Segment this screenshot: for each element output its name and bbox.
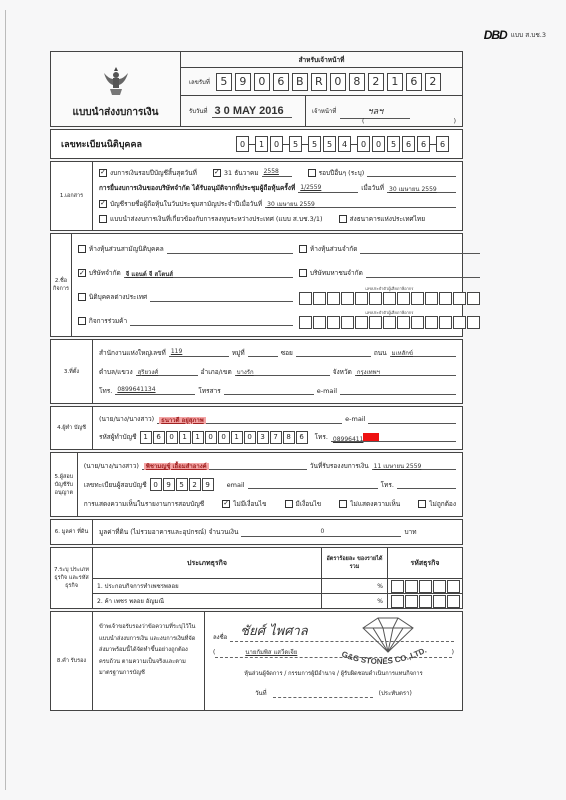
tax-id-digit-box[interactable] (467, 316, 480, 329)
business-code-box[interactable] (447, 580, 460, 593)
bot-label: ส่งธนาคารแห่งประเทศไทย (350, 214, 425, 224)
auditor-email-label: email (227, 481, 245, 489)
district[interactable]: บางรัก (235, 367, 330, 376)
other-period-checkbox[interactable] (308, 169, 316, 177)
registration-digit-box: 6 (402, 136, 415, 152)
tax-id-boxes-2[interactable] (299, 316, 480, 329)
tax-id-digit-box[interactable] (299, 292, 312, 305)
tax-id-digit-box[interactable] (453, 316, 466, 329)
business-type-table: ประเภทธุรกิจ อัตราร้อยละ ของรายได้รวม รห… (93, 548, 462, 608)
fs-period-checkbox[interactable]: ✓ (99, 169, 107, 177)
subdistrict[interactable]: สุริยวงศ์ (136, 367, 198, 376)
section-1-label: 1.เอกสาร (51, 162, 93, 230)
opinion-line: การแสดงความเห็นในรายงานการสอบบัญชี ✓ไม่ม… (84, 494, 456, 513)
shareholders-label: บัญชีรายชื่อผู้ถือหุ้นในวันประชุมสามัญปร… (110, 199, 262, 209)
tax-id-digit-box[interactable] (467, 292, 480, 305)
moo-label: หมู่ที่ (232, 348, 245, 358)
tax-id-digit-box[interactable] (355, 292, 368, 305)
redaction-block (363, 433, 379, 441)
tax-id-digit-box[interactable] (397, 316, 410, 329)
fs-period-line: ✓ งบการเงินรอบปีบัญชีสิ้นสุดวันที่ ✓ 31 … (99, 165, 456, 181)
province-label: จังหวัด (333, 367, 352, 377)
company-name[interactable]: จี แอนด์ จี สโตนส์ (124, 269, 293, 278)
opinion-checkbox[interactable] (418, 500, 426, 508)
shareholders-date[interactable]: 30 เมษายน 2559 (265, 199, 456, 208)
section-3-label: 3.ที่ตั้ง (51, 340, 93, 403)
tax-id-boxes-1[interactable] (299, 292, 480, 305)
tax-id-digit-box[interactable] (327, 292, 340, 305)
bookkeeper-title-label: (นาย/นาง/นางสาว) (99, 414, 154, 424)
form-title-block: แบบนำส่งงบการเงิน (51, 52, 181, 126)
registration-label: เลขทะเบียนนิติบุคคล (61, 137, 236, 151)
tax-id-caption-1: เลขประจำตัวผู้เสียภาษีอากร (299, 285, 480, 292)
bookkeeper-id-digit: 0 (218, 431, 230, 444)
form-header: แบบนำส่งงบการเงิน สำหรับเจ้าหน้าที่ เลขร… (50, 51, 463, 127)
registration-digit-box: 5 (289, 136, 302, 152)
receipt-digit-box: 0 (254, 73, 270, 91)
land-value-line: มูลค่าที่ดิน (ไม่รวมอาคารและอุปกรณ์) จำน… (99, 523, 456, 541)
email[interactable] (340, 386, 456, 395)
tax-id-digit-box[interactable] (299, 316, 312, 329)
section-7-label: 7.ระบุ ประเภท ธุรกิจ และรหัส ธุรกิจ (51, 548, 93, 608)
road[interactable]: มเหสักข์ (390, 348, 456, 357)
tax-id-caption-2: เลขประจำตัวผู้เสียภาษีอากร (299, 309, 480, 316)
bookkeeper-id-digit: 6 (296, 431, 308, 444)
registration-digit-box: 0 (372, 136, 385, 152)
receipt-digit-box: 1 (387, 73, 403, 91)
registration-digit-box: 0 (357, 136, 370, 152)
receipt-digit-box: 2 (425, 73, 441, 91)
officer-label: เจ้าหน้าที่ (312, 106, 336, 116)
public-company-checkbox[interactable] (299, 269, 307, 277)
address-line-3: โทร. 0899641134 โทรสาร e-mail (99, 381, 456, 400)
soi-label: ซอย (281, 348, 293, 358)
intl-checkbox[interactable] (99, 215, 107, 223)
approval-date[interactable]: 30 เมษายน 2559 (387, 184, 456, 193)
tax-id-digit-box[interactable] (439, 292, 452, 305)
signature: ชัยศ์ ไพศาล (240, 620, 307, 641)
auditor-name-field[interactable]: พิชามญชุ์ เอื้อมสำอางค์ (142, 461, 307, 470)
received-date-field: รับวันที่ 3 0 MAY 2016 (181, 96, 306, 126)
foreign-entity-checkbox[interactable] (78, 293, 86, 301)
receipt-no-row: เลขรับที่ 5906BR082162 (181, 68, 462, 96)
seal-label: (ประทับตรา) (379, 688, 412, 698)
auditor-name: พิชามญชุ์ เอื้อมสำอางค์ (144, 463, 209, 470)
receipt-no-boxes: 5906BR082162 (216, 73, 441, 91)
section-6-label: 6. มูลค่า ที่ดิน (51, 520, 93, 544)
bookkeeper-id-label: รหัสผู้ทำบัญชี (99, 432, 137, 442)
business-code-box[interactable] (405, 580, 418, 593)
hq-no-label: สำนักงานแห่งใหญ่เลขที่ (99, 348, 166, 358)
moo[interactable] (248, 348, 278, 357)
receipt-digit-box: 8 (349, 73, 365, 91)
received-date-label: รับวันที่ (189, 106, 207, 116)
shareholders-checkbox[interactable]: ✓ (99, 200, 107, 208)
joint-venture-line: กิจการร่วมค้า (78, 309, 293, 333)
auditor-title-label: (นาย/นาง/นางสาว) (84, 461, 139, 471)
bookkeeper-id-digit: 1 (140, 431, 152, 444)
section-address: 3.ที่ตั้ง สำนักงานแห่งใหญ่เลขที่ 119 หมู… (50, 339, 463, 404)
officer-field: เจ้าหน้าที่ ฯลฯ () (306, 96, 462, 126)
auditor-email[interactable] (248, 480, 378, 489)
business-type: 1. ประกอบกิจการทำเพชรพลอย (93, 579, 322, 593)
reg-partnership-field[interactable] (167, 245, 293, 254)
col-business-type: ประเภทธุรกิจ (93, 548, 322, 578)
business-table-header: ประเภทธุรกิจ อัตราร้อยละ ของรายได้รวม รห… (93, 548, 462, 579)
certification-statement: ข้าพเจ้าขอรับรองว่าข้อความที่ระบุไว้ในแบ… (93, 612, 205, 710)
bookkeeper-id-digit: 0 (166, 431, 178, 444)
col-business-code: รหัสธุรกิจ (388, 548, 462, 578)
registration-number-boxes: 0105554005666 (236, 136, 449, 152)
land-value-amount[interactable]: 0 (241, 528, 401, 537)
officer-section-title: สำหรับเจ้าหน้าที่ (181, 52, 462, 68)
email-label: e-mail (317, 387, 337, 395)
auditor-reg-digit: 0 (150, 478, 162, 491)
section-5-label: 5.ผู้สอบ บัญชีรับ อนุญาต (51, 453, 78, 516)
ltd-partnership-line: ห้างหุ้นส่วนจำกัด (299, 237, 480, 261)
approval-text: การยื่นงบการเงินของบริษัทจำกัด ได้รับอนุ… (99, 183, 295, 193)
bookkeeper-phone-field[interactable]: 08996411 (331, 433, 456, 442)
officer-block: สำหรับเจ้าหน้าที่ เลขรับที่ 5906BR082162… (181, 52, 462, 126)
reg-partnership-checkbox[interactable] (78, 245, 86, 253)
received-date-stamp: 3 0 MAY 2016 (212, 105, 292, 118)
dbd-logo: DBD (484, 28, 507, 42)
foreign-entity-field[interactable] (150, 293, 293, 302)
road-label: ถนน (374, 348, 387, 358)
auditor-phone-label: โทร. (381, 480, 394, 490)
reg-partnership-label: ห้างหุ้นส่วนสามัญนิติบุคคล (89, 244, 164, 254)
tax-id-digit-box[interactable] (453, 292, 466, 305)
bookkeeper-id-digit: 0 (244, 431, 256, 444)
opinion-label: มีเงื่อนไข (296, 499, 322, 509)
joint-venture-checkbox[interactable] (78, 317, 86, 325)
receipt-digit-box: 2 (368, 73, 384, 91)
section-8-label: 8.คำ รับรอง (51, 612, 93, 710)
receipt-digit-box: 6 (273, 73, 289, 91)
opinion-checkbox[interactable] (339, 500, 347, 508)
tax-id-1: เลขประจำตัวผู้เสียภาษีอากร (299, 285, 480, 309)
shareholders-line: ✓ บัญชีรายชื่อผู้ถือหุ้นในวันประชุมสามัญ… (99, 196, 456, 212)
business-code-box[interactable] (405, 595, 418, 608)
address-line-1: สำนักงานแห่งใหญ่เลขที่ 119 หมู่ที่ ซอย ถ… (99, 343, 456, 362)
business-code-box[interactable] (419, 580, 432, 593)
tax-id-digit-box[interactable] (341, 316, 354, 329)
business-code-boxes (388, 594, 462, 608)
bookkeeper-email[interactable] (368, 415, 456, 424)
public-company-line: บริษัทมหาชนจำกัด (299, 261, 480, 285)
reg-partnership-line: ห้างหุ้นส่วนสามัญนิติบุคคล (78, 237, 293, 261)
opinion-checkbox[interactable] (285, 500, 293, 508)
auditor-reg-label: เลขทะเบียนผู้สอบบัญชี (84, 480, 147, 490)
business-row: 2. ค้า เพชร พลอย อัญมณี% (93, 594, 462, 608)
registration-digit-box: 6 (436, 136, 449, 152)
tax-id-digit-box[interactable] (383, 292, 396, 305)
fax-label: โทรสาร (198, 386, 220, 396)
ltd-partnership-label: ห้างหุ้นส่วนจำกัด (310, 244, 358, 254)
tax-id-digit-box[interactable] (327, 316, 340, 329)
business-code-box[interactable] (433, 595, 446, 608)
bookkeeper-id-line: รหัสผู้ทำบัญชี 1601100103786 โทร. 089964… (99, 428, 456, 446)
bookkeeper-name-line: (นาย/นาง/นางสาว) ธนาวดี อยู่สุภาพ e-mail (99, 410, 456, 428)
section-bookkeeper: 4.ผู้ทำ บัญชี (นาย/นาง/นางสาว) ธนาวดี อย… (50, 406, 463, 450)
meeting-no[interactable]: 1/2559 (298, 184, 358, 193)
receipt-digit-box: 5 (216, 73, 232, 91)
soi[interactable] (296, 348, 371, 357)
receipt-no-label: เลขรับที่ (189, 77, 210, 87)
receipt-digit-box: 9 (235, 73, 251, 91)
registration-digit-box: 0 (236, 136, 249, 152)
bookkeeper-email-label: e-mail (345, 415, 365, 423)
hq-no[interactable]: 119 (169, 348, 229, 357)
tax-id-digit-box[interactable] (425, 292, 438, 305)
tax-id-digit-box[interactable] (411, 316, 424, 329)
section-land-value: 6. มูลค่า ที่ดิน มูลค่าที่ดิน (ไม่รวมอาค… (50, 519, 463, 545)
tax-id-digit-box[interactable] (341, 292, 354, 305)
business-code-boxes (388, 579, 462, 593)
financial-statement-form: แบบนำส่งงบการเงิน สำหรับเจ้าหน้าที่ เลขร… (50, 51, 463, 711)
tax-id-digit-box[interactable] (383, 316, 396, 329)
section-4-label: 4.ผู้ทำ บัญชี (51, 407, 93, 449)
form-code: แบบ ส.บช.3 (511, 30, 546, 40)
business-code-box[interactable] (391, 595, 404, 608)
receipt-digit-box: 0 (330, 73, 346, 91)
company-stamp-icon: G&G STONES CO.,LTD. (333, 616, 443, 672)
registration-digit-box: 5 (387, 136, 400, 152)
other-period-label: รอบปีอื่นๆ (ระบุ) (319, 168, 365, 178)
land-value-text: มูลค่าที่ดิน (ไม่รวมอาคารและอุปกรณ์) จำน… (99, 527, 238, 537)
intl-label: แบบนำส่งงบการเงินที่เกี่ยวข้องกับการลงทุ… (110, 214, 323, 224)
province[interactable]: กรุงเทพฯ (355, 367, 456, 376)
auditor-name-line: (นาย/นาง/นางสาว) พิชามญชุ์ เอื้อมสำอางค์… (84, 456, 456, 475)
opinion-label: ไม่มีเงื่อนไข (233, 499, 266, 509)
section-business-type: 7.ระบุ ประเภท ธุรกิจ และรหัส ธุรกิจ ประเ… (50, 547, 463, 609)
fs-period-label: งบการเงินรอบปีบัญชีสิ้นสุดวันที่ (110, 168, 197, 178)
district-label: อำเภอ/เขต (201, 367, 232, 377)
garuda-emblem-icon (101, 65, 131, 97)
revenue-pct[interactable]: % (322, 594, 388, 608)
officer-name-parens: () (362, 118, 456, 125)
business-row: 1. ประกอบกิจการทำเพชรพลอย% (93, 579, 462, 594)
bookkeeper-id-digit: 1 (192, 431, 204, 444)
registration-digit-box: 4 (338, 136, 351, 152)
ltd-partnership-field[interactable] (360, 245, 479, 254)
tax-id-digit-box[interactable] (439, 316, 452, 329)
opinion-label: ไม่ถูกต้อง (429, 499, 456, 509)
joint-venture-label: กิจการร่วมค้า (89, 316, 127, 326)
tax-id-digit-box[interactable] (313, 316, 326, 329)
section-business-name: 2.ชื่อ กิจการ ห้างหุ้นส่วนสามัญนิติบุคคล… (50, 233, 463, 337)
auditor-reg-line: เลขทะเบียนผู้สอบบัญชี 09529 email โทร. (84, 475, 456, 494)
date-field[interactable] (273, 688, 373, 698)
date-line: วันที่ (ประทับตรา) (213, 688, 454, 698)
public-company-label: บริษัทมหาชนจำกัด (310, 268, 363, 278)
registration-digit-box: 5 (323, 136, 336, 152)
section-certification: 8.คำ รับรอง ข้าพเจ้าขอรับรองว่าข้อความที… (50, 611, 463, 711)
fs-date-checkbox[interactable]: ✓ (213, 169, 221, 177)
fs-date: 31 ธันวาคม (224, 168, 259, 178)
signature-block: ลงชื่อ ชัยศ์ ไพศาล ( นายกัมพิส แสวีดเจีย… (205, 612, 462, 710)
phone[interactable]: 0899641134 (115, 386, 195, 395)
revenue-pct[interactable]: % (322, 579, 388, 593)
bookkeeper-id-digit: 3 (257, 431, 269, 444)
approval-line: การยื่นงบการเงินของบริษัทจำกัด ได้รับอนุ… (99, 181, 456, 197)
bookkeeper-name: ธนาวดี อยู่สุภาพ (159, 417, 206, 424)
sign-label: ลงชื่อ (213, 632, 227, 642)
tax-id-digit-box[interactable] (369, 292, 382, 305)
phone-label: โทร. (99, 386, 112, 396)
business-code-box[interactable] (391, 580, 404, 593)
bookkeeper-id-digit: 7 (270, 431, 282, 444)
receipt-digit-box: B (292, 73, 308, 91)
auditor-phone[interactable] (397, 480, 456, 489)
bookkeeper-id-digit: 6 (153, 431, 165, 444)
business-code-box[interactable] (433, 580, 446, 593)
bookkeeper-id-digit: 1 (179, 431, 191, 444)
land-value-unit: บาท (404, 527, 416, 537)
registration-digit-box: 0 (270, 136, 283, 152)
bookkeeper-id-digit: 0 (205, 431, 217, 444)
foreign-entity-label: นิติบุคคลต่างประเทศ (89, 292, 147, 302)
bookkeeper-id-digit: 8 (283, 431, 295, 444)
cert-date-label: วันที่รับรองงบการเงิน (310, 461, 369, 471)
other-period-field[interactable] (367, 168, 456, 177)
opinion-label: การแสดงความเห็นในรายงานการสอบบัญชี (84, 499, 205, 509)
joint-venture-field[interactable] (130, 317, 293, 326)
bookkeeper-phone: 08996411 (333, 436, 364, 443)
page-edge (5, 10, 6, 790)
approval-date-label: เมื่อวันที่ (361, 183, 384, 193)
company-checkbox[interactable]: ✓ (78, 269, 86, 277)
col-revenue-pct: อัตราร้อยละ ของรายได้รวม (322, 548, 388, 578)
tax-id-digit-box[interactable] (355, 316, 368, 329)
opinion-checkbox[interactable]: ✓ (222, 500, 230, 508)
brand: DBD แบบ ส.บช.3 (484, 28, 546, 42)
intl-line: แบบนำส่งงบการเงินที่เกี่ยวข้องกับการลงทุ… (99, 212, 456, 228)
company-label: บริษัทจำกัด (89, 268, 121, 278)
company-line: ✓ บริษัทจำกัด จี แอนด์ จี สโตนส์ (78, 261, 293, 285)
tax-id-digit-box[interactable] (397, 292, 410, 305)
registration-row: เลขทะเบียนนิติบุคคล 0105554005666 (50, 129, 463, 159)
auditor-reg-digit: 9 (163, 478, 175, 491)
officer-signature: ฯลฯ (340, 104, 410, 119)
form-title: แบบนำส่งงบการเงิน (73, 105, 159, 120)
subdistrict-label: ตำบล/แขวง (99, 367, 133, 377)
tax-id-digit-box[interactable] (425, 316, 438, 329)
receipt-digit-box: 6 (406, 73, 422, 91)
auditor-reg-digit: 5 (176, 478, 188, 491)
section-documents: 1.เอกสาร ✓ งบการเงินรอบปีบัญชีสิ้นสุดวัน… (50, 161, 463, 231)
address-line-2: ตำบล/แขวง สุริยวงศ์ อำเภอ/เขต บางรัก จัง… (99, 362, 456, 381)
bookkeeper-phone-label: โทร. (315, 432, 328, 442)
auditor-reg-boxes: 09529 (150, 478, 214, 491)
ltd-partnership-checkbox[interactable] (299, 245, 307, 253)
bookkeeper-id-digit: 1 (231, 431, 243, 444)
business-type: 2. ค้า เพชร พลอย อัญมณี (93, 594, 322, 608)
registration-digit-box: 6 (417, 136, 430, 152)
business-code-box[interactable] (419, 595, 432, 608)
tax-id-digit-box[interactable] (411, 292, 424, 305)
cert-date[interactable]: 11 เมษายน 2559 (372, 461, 456, 470)
public-company-field[interactable] (366, 269, 480, 278)
bookkeeper-id-boxes: 1601100103786 (140, 431, 308, 444)
section-auditor: 5.ผู้สอบ บัญชีรับ อนุญาต (นาย/นาง/นางสาว… (50, 452, 463, 517)
opinion-label: ไม่แสดงความเห็น (350, 499, 400, 509)
bot-checkbox[interactable] (339, 215, 347, 223)
foreign-entity-line: นิติบุคคลต่างประเทศ (78, 285, 293, 309)
tax-id-2: เลขประจำตัวผู้เสียภาษีอากร (299, 309, 480, 333)
auditor-reg-digit: 9 (202, 478, 214, 491)
fax[interactable] (224, 386, 314, 395)
business-code-box[interactable] (447, 595, 460, 608)
tax-id-digit-box[interactable] (313, 292, 326, 305)
receipt-date-row: รับวันที่ 3 0 MAY 2016 เจ้าหน้าที่ ฯลฯ (… (181, 96, 462, 126)
bookkeeper-name-field[interactable]: ธนาวดี อยู่สุภาพ (157, 415, 342, 424)
fs-year[interactable]: 2558 (262, 168, 292, 177)
registration-digit-box: 1 (255, 136, 268, 152)
auditor-reg-digit: 2 (189, 478, 201, 491)
tax-id-digit-box[interactable] (369, 316, 382, 329)
receipt-digit-box: R (311, 73, 327, 91)
registration-digit-box: 5 (308, 136, 321, 152)
section-2-label: 2.ชื่อ กิจการ (51, 234, 72, 336)
date-label: วันที่ (255, 688, 266, 698)
